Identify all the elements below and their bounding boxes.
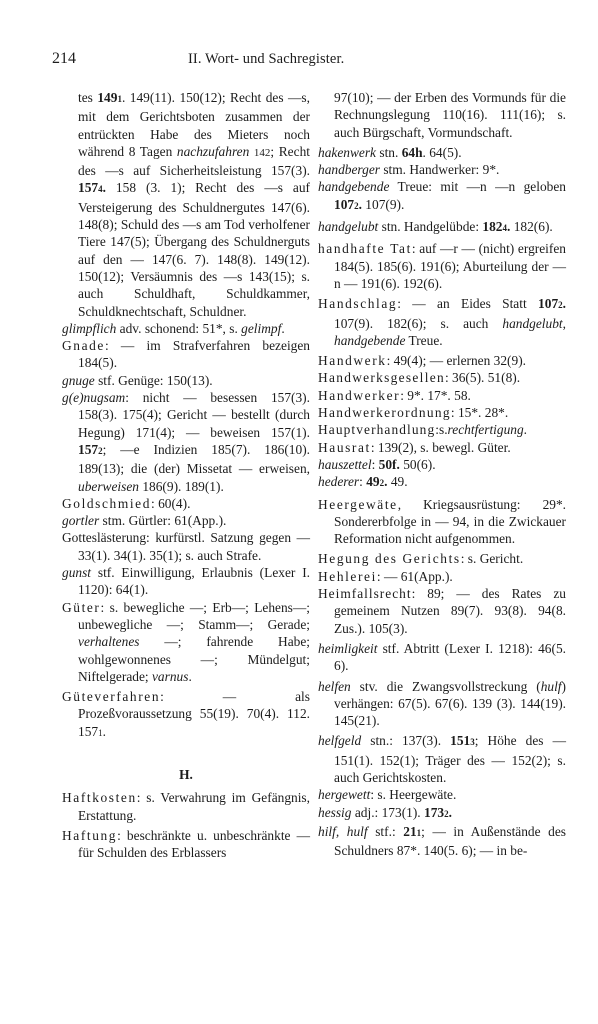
entry-headword: handgelubt (318, 219, 378, 234)
index-entry-continuation: 97(10); — der Erben des Vormunds für die… (318, 89, 566, 141)
entry-headword: Haftung (62, 828, 117, 843)
entry-headword: Handschlag (318, 296, 397, 311)
page-header: 214 II. Wort- und Sachregister. (0, 50, 598, 70)
index-entry-handberger: handberger stm. Handwerker: 9*. (318, 161, 566, 178)
index-entry-gnuge: gnuge stf. Genüge: 150(13). (62, 372, 310, 389)
index-entry-hilf: hilf, hulf stf.: 211; — in Außenstände d… (318, 823, 566, 860)
entry-headword: Hausrat (318, 440, 371, 455)
index-entry-heimligkeit: heimligkeit stf. Abtritt (Lexer I. 1218)… (318, 640, 566, 675)
index-entry-helfgeld: helfgeld stn.: 137(3). 1513; Höhe des — … (318, 732, 566, 786)
entry-headword: Heergewäte (318, 497, 398, 512)
index-entry-hehlerei: Hehlerei: — 61(App.). (318, 568, 566, 585)
index-entry-gunst: gunst stf. Einwilligung, Erlaubnis (Lexe… (62, 564, 310, 599)
index-entry-glimpflich: glimpflich adv. schonend: 51*, s. gelimp… (62, 320, 310, 337)
index-entry-gotteslaesterung: Gotteslästerung: kurfürstl. Satzung gege… (62, 529, 310, 564)
entry-headword: Goldschmied (62, 496, 151, 511)
section-letter-heading: H. (62, 766, 310, 783)
index-entry-heergewaete: Heergewäte, Kriegsausrüstung: 29*. Sonde… (318, 496, 566, 548)
index-entry-hessig: hessig adj.: 173(1). 1732. (318, 804, 566, 823)
entry-headword: Hehlerei (318, 569, 377, 584)
right-column: 97(10); — der Erben des Vormunds für die… (318, 89, 566, 859)
entry-headword: Güter (62, 600, 101, 615)
entry-headword: hederer (318, 474, 359, 489)
index-entry-handhafte-tat: handhafte Tat: auf —r — (nicht) ergreife… (318, 240, 566, 292)
entry-headword: Handwerker (318, 388, 400, 403)
entry-headword: handgebende (318, 179, 389, 194)
entry-headword: handberger (318, 162, 380, 177)
index-entry-handwerk: Handwerk: 49(4); — erlernen 32(9). (318, 352, 566, 369)
index-entry-gnade: Gnade: — im Strafverfahren bezeigen 184(… (62, 337, 310, 372)
entry-headword: Heimfallsrecht (318, 586, 412, 601)
entry-headword: gunst (62, 565, 91, 580)
index-entry-hausrat: Hausrat: 139(2), s. bewegl. Güter. (318, 439, 566, 456)
entry-headword: handhafte Tat (318, 241, 412, 256)
index-entry-handwerker: Handwerker: 9*. 17*. 58. (318, 387, 566, 404)
index-entry-handgebende: handgebende Treue: mit —n —n geloben 107… (318, 178, 566, 215)
entry-headword: Handwerk (318, 353, 387, 368)
entry-headword: gortler (62, 513, 99, 528)
index-entry-hegung: Hegung des Gerichts: s. Gericht. (318, 550, 566, 567)
index-entry-hederer: hederer: 492. 49. (318, 473, 566, 492)
index-entry-handwerksgesellen: Handwerksgesellen: 36(5). 51(8). (318, 369, 566, 386)
entry-headword: Gotteslästerung (62, 530, 146, 545)
entry-headword: hessig (318, 805, 351, 820)
entry-headword: Handwerksgesellen (318, 370, 445, 385)
entry-headword: helfen (318, 679, 351, 694)
entry-headword: Handwerkerordnung (318, 405, 451, 420)
index-entry-goldschmied: Goldschmied: 60(4). (62, 495, 310, 512)
index-entry-haftung: Haftung: beschränkte u. unbeschränkte — … (62, 827, 310, 862)
index-entry-hauptverhandlung: Hauptverhandlung:s.rechtfertigung. (318, 421, 566, 438)
index-entry-gueter: Güter: s. bewegliche —; Erb—; Lehens—; u… (62, 599, 310, 685)
index-entry-handgelubt: handgelubt stn. Handgelübde: 1824. 182(6… (318, 218, 566, 237)
entry-headword: heimligkeit (318, 641, 378, 656)
page-number: 214 (52, 50, 76, 68)
index-entry-hauszettel: hauszettel: 50f. 50(6). (318, 456, 566, 473)
entry-headword: Hegung des Gerichts (318, 551, 461, 566)
index-entry-handschlag: Handschlag: — an Eides Statt 1072. 107(9… (318, 295, 566, 349)
entry-headword: hakenwerk (318, 145, 376, 160)
entry-headword: hilf, hulf (318, 824, 368, 839)
index-entry-heimfallsrecht: Heimfallsrecht: 89; — des Rates zu gemei… (318, 585, 566, 637)
entry-headword: hauszettel (318, 457, 372, 472)
index-entry-handwerkerordnung: Handwerkerordnung: 15*. 28*. (318, 404, 566, 421)
entry-headword: Güteverfahren (62, 689, 160, 704)
entry-headword: gnuge (62, 373, 95, 388)
index-entry-genugsam: g(e)nugsam: nicht — besessen 157(3). 158… (62, 389, 310, 495)
index-entry-hergewett: hergewett: s. Heergewäte. (318, 786, 566, 803)
entry-headword: Haftkosten (62, 790, 137, 805)
index-entry-helfen: helfen stv. die Zwangsvollstreckung (hul… (318, 678, 566, 730)
index-entry-hakenwerk: hakenwerk stn. 64h. 64(5). (318, 144, 566, 161)
index-entry-gortler: gortler stm. Gürtler: 61(App.). (62, 512, 310, 529)
index-entry-haftkosten: Haftkosten: s. Verwahrung im Gefängnis, … (62, 789, 310, 824)
running-title: II. Wort- und Sachregister. (188, 51, 344, 68)
entry-headword: helfgeld (318, 733, 361, 748)
entry-headword: g(e)nugsam (62, 390, 125, 405)
index-entry-continuation: tes 1491. 149(11). 150(12); Recht des —s… (62, 89, 310, 320)
entry-headword: Gnade (62, 338, 105, 353)
entry-headword: glimpflich (62, 321, 116, 336)
entry-headword: hergewett (318, 787, 370, 802)
index-entry-gueteverfahren: Güteverfahren: — als Prozeßvoraussetzung… (62, 688, 310, 742)
entry-headword: Hauptverhandlung (318, 422, 435, 437)
left-column: tes 1491. 149(11). 150(12); Recht des —s… (62, 89, 310, 864)
